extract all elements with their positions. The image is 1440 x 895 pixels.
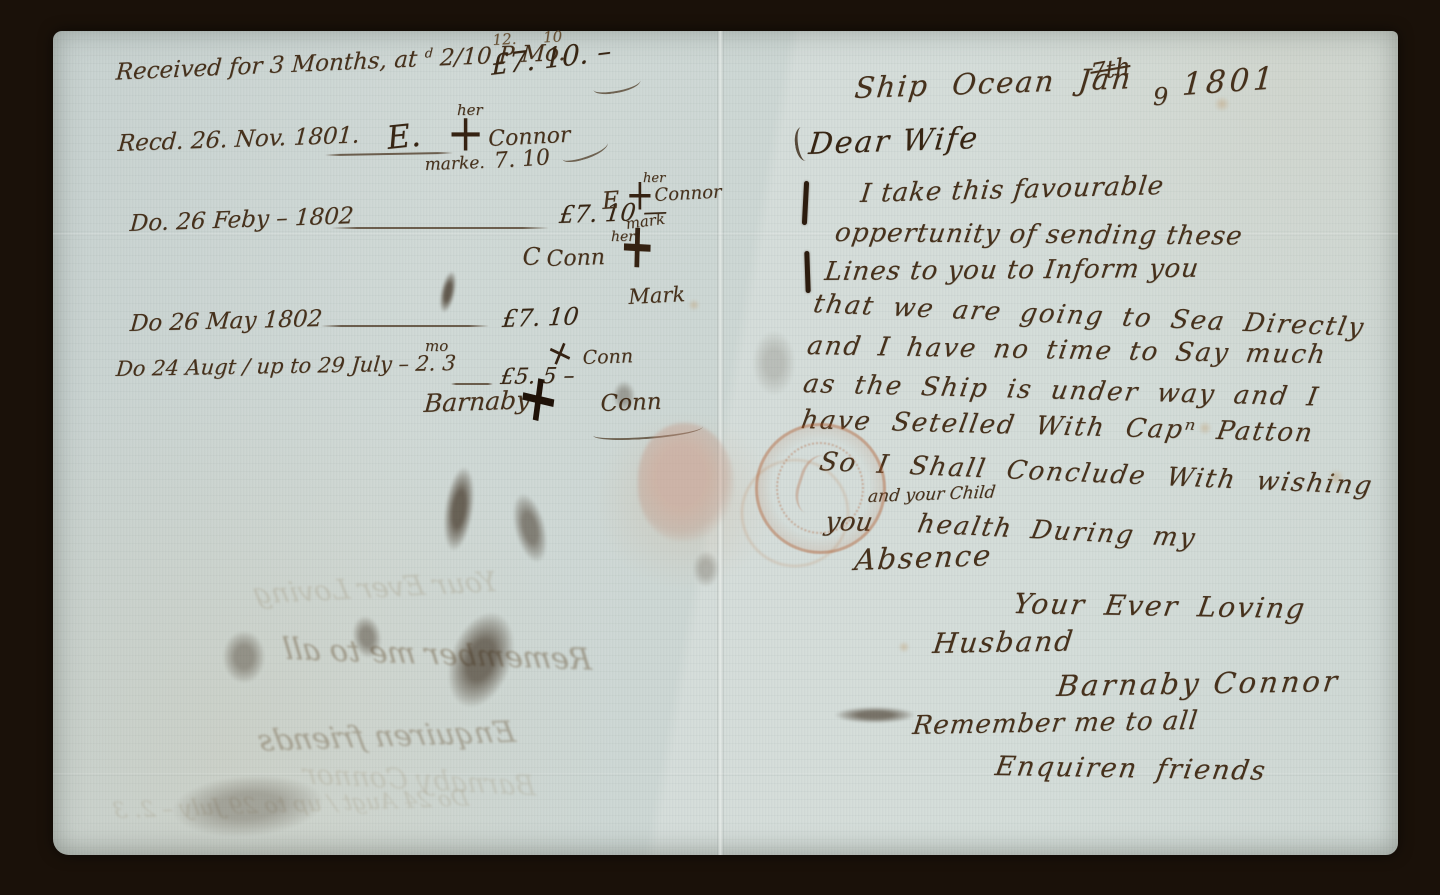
margin-ink-stroke (802, 181, 809, 225)
foxing-spot (1328, 469, 1344, 485)
letter-body-line: as the Ship is under way and I (801, 369, 1322, 412)
letter-body-line: oppertunity of sending these (833, 218, 1245, 252)
mark-name: Connor (654, 182, 722, 206)
bleed-through-text: Remember me to all (281, 632, 593, 678)
ledger-rate-superscript: d (424, 45, 433, 60)
her-mark-cross: + (619, 209, 656, 285)
ledger-amount-2: 7. 10 (493, 145, 551, 174)
foxing-spot (1198, 421, 1212, 435)
ledger-entry-feb-1802: Do. 26 Feby – 1802 (129, 203, 354, 237)
his-mark-cross: + (513, 354, 565, 441)
letter-heading-day: 9 (1153, 83, 1168, 111)
margin-ink-stroke (804, 251, 810, 293)
ledger-rule (321, 325, 489, 327)
mark-name: Conn (582, 345, 633, 369)
letter-closing-line: Your Ever Loving (1011, 587, 1309, 625)
letter-signature: Barnaby Connor (1055, 664, 1342, 703)
her-mark-below: Mark (628, 282, 686, 309)
letter-body-line: I take this favourable (859, 171, 1166, 209)
ink-smudge (753, 331, 795, 395)
scan-background: Received for 3 Months, at d 2/10 P Mo. 1… (0, 0, 1440, 895)
mark-initial: E. (385, 116, 422, 157)
letter-postscript-line: Enquiren friends (993, 751, 1269, 787)
letter-inserted-words: and your Child (867, 482, 996, 507)
foxing-spot (898, 641, 910, 653)
foxing-spot (688, 299, 700, 311)
ledger-amount-4: £7. 10 (501, 302, 580, 333)
ink-smudge (437, 270, 459, 314)
wax-seal-stain (638, 423, 734, 541)
mark-initial: C (522, 242, 541, 271)
ledger-rule (331, 227, 549, 229)
postmark-stamp (741, 459, 849, 567)
ink-smudge (439, 465, 478, 552)
ledger-mo-superscript: mo (425, 337, 448, 355)
bleed-through-text: Your Ever Loving (250, 565, 501, 611)
ledger-received-text: Received for 3 Months, at (115, 46, 418, 85)
ledger-entry-nov-1801: Recd. 26. Nov. 1801. (117, 122, 360, 157)
ledger-entry-may-1802: Do 26 May 1802 (129, 306, 323, 337)
foxing-spot (1213, 97, 1231, 111)
letter-body-line: Absence (853, 538, 994, 577)
ink-smudge (171, 771, 325, 841)
mark-name: Conn (546, 245, 605, 272)
her-mark-below: marke. (424, 153, 485, 175)
letter-body-line: have Setelled With Capⁿ Patton (799, 405, 1316, 448)
ink-smudge (613, 381, 635, 411)
letter-closing-line: Husband (931, 624, 1076, 660)
letter-paper: Received for 3 Months, at d 2/10 P Mo. 1… (53, 31, 1398, 855)
letter-body-line: Lines to you to Inform you (823, 254, 1201, 287)
letter-postscript-line: Remember me to all (911, 706, 1200, 741)
mark-initial: E (601, 186, 620, 215)
letter-salutation: Dear Wife (807, 121, 981, 162)
ledger-rule (451, 383, 493, 385)
bleed-through-text: Enquiren friends (255, 715, 518, 759)
ink-smudge (693, 551, 719, 587)
pen-flourish (592, 74, 642, 97)
ink-smudge (835, 707, 915, 723)
ink-smudge (223, 631, 265, 683)
ledger-entry-aug-1802: Do 24 Augt / up to 29 July – 2. 3 (115, 351, 457, 381)
ink-smudge (507, 490, 553, 565)
letter-heading-year: 1801 (1181, 60, 1278, 103)
